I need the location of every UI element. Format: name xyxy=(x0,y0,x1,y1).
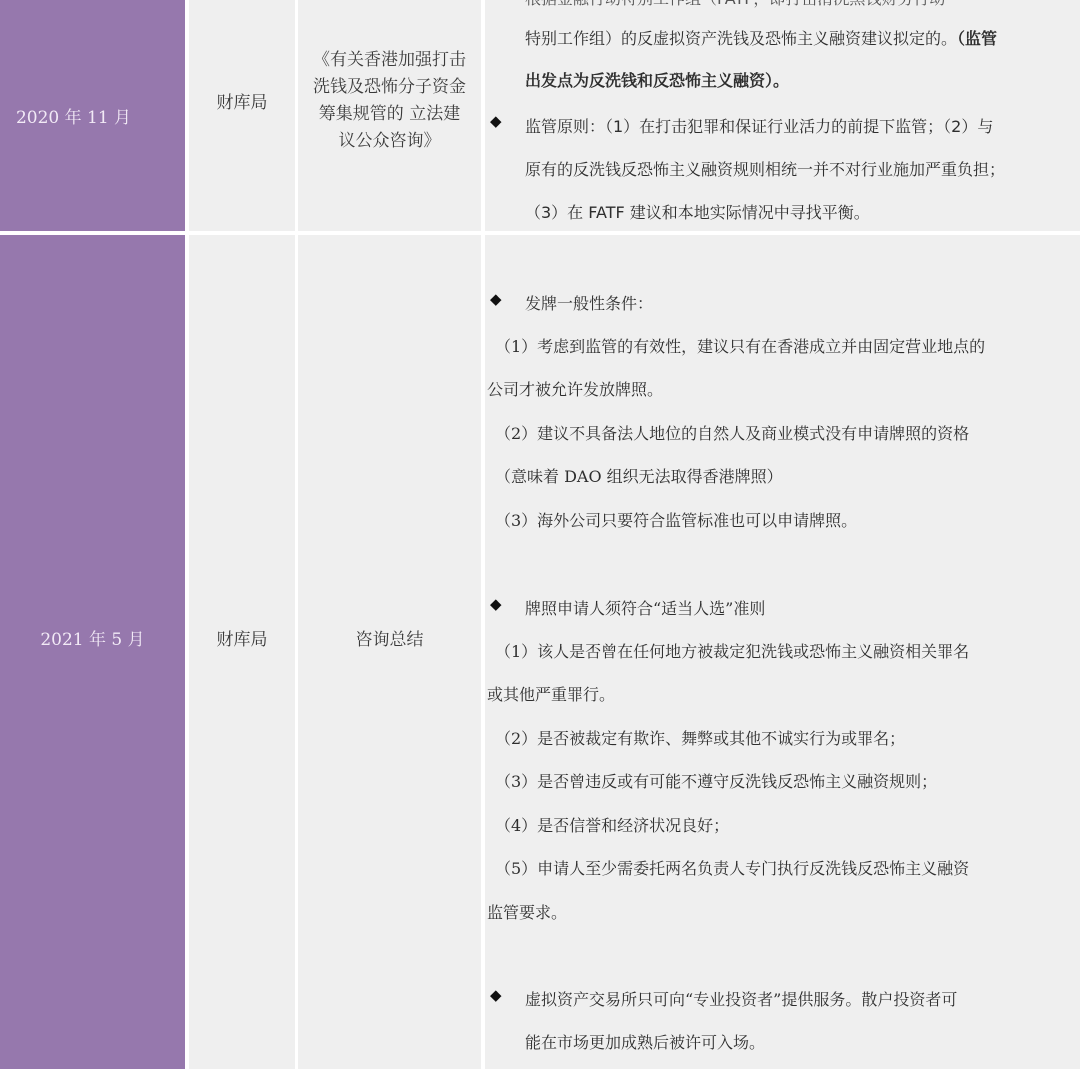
diamond-bullet-icon: ◆ xyxy=(490,112,502,130)
section2-heading: 牌照申请人须符合“适当人选”准则 xyxy=(525,596,765,619)
s2-item1-line2: 或其他严重罪行。 xyxy=(487,682,615,705)
row2-document-title: 咨询总结 xyxy=(356,625,424,650)
row1-agency-cell: 财库局 xyxy=(189,0,295,231)
section1-heading: 发牌一般性条件： xyxy=(525,291,653,314)
row1-cut-line: 根据金融行动特别工作组（FATF，即打击清洗黑钱财务行动 xyxy=(525,0,945,9)
s2-item5-line1: （5）申请人至少需委托两名负责人专门执行反洗钱反恐怖主义融资 xyxy=(495,856,969,879)
s2-item1-line1: （1）该人是否曾在任何地方被裁定犯洗钱或恐怖主义融资相关罪名 xyxy=(495,639,969,662)
diamond-bullet-icon: ◆ xyxy=(490,986,502,1004)
row1-line-2: 出发点为反洗钱和反恐怖主义融资）。 xyxy=(525,68,789,91)
row1-bullet1-line-3: （3）在 FATF 建议和本地实际情况中寻找平衡。 xyxy=(525,200,870,223)
s2-item2: （2）是否被裁定有欺诈、舞弊或其他不诚实行为或罪名； xyxy=(495,726,905,749)
diamond-bullet-icon: ◆ xyxy=(490,595,502,613)
s2-item4: （4）是否信誉和经济状况良好； xyxy=(495,813,729,836)
row1-bullet1-line-1: 监管原则：（1）在打击犯罪和保证行业活力的前提下监管；（2）与 xyxy=(525,114,993,137)
s2-item3: （3）是否曾违反或有可能不遵守反洗钱反恐怖主义融资规则； xyxy=(495,769,937,792)
s2-item5-line2: 监管要求。 xyxy=(487,900,567,923)
row2-date-cell: 2021 年 5 月 xyxy=(0,235,185,1069)
row2-document-cell: 咨询总结 xyxy=(298,235,481,1069)
diamond-bullet-icon: ◆ xyxy=(490,290,502,308)
s1-item1-line1: （1）考虑到监管的有效性，建议只有在香港成立并由固定营业地点的 xyxy=(495,334,985,357)
s1-item2-line1: （2）建议不具备法人地位的自然人及商业模式没有申请牌照的资格 xyxy=(495,421,969,444)
regulation-timeline-table: 2020 年 11 月 财库局 《有关香港加强打击 洗钱及恐怖分子资金 筹集规管… xyxy=(0,0,1080,1069)
row1-agency: 财库局 xyxy=(217,88,268,113)
section3-line1: 虚拟资产交易所只可向“专业投资者”提供服务。散户投资者可 xyxy=(525,987,957,1010)
row1-document-cell: 《有关香港加强打击 洗钱及恐怖分子资金 筹集规管的 立法建 议公众咨询》 xyxy=(298,0,481,231)
s1-item2-line2: （意味着 DAO 组织无法取得香港牌照） xyxy=(495,464,783,487)
s1-item3: （3）海外公司只要符合监管标准也可以申请牌照。 xyxy=(495,508,857,531)
row1-document-title: 《有关香港加强打击 洗钱及恐怖分子资金 筹集规管的 立法建 议公众咨询》 xyxy=(307,47,472,155)
row1-content-cell: 根据金融行动特别工作组（FATF，即打击清洗黑钱财务行动 特别工作组）的反虚拟资… xyxy=(485,0,1080,231)
row2-agency-cell: 财库局 xyxy=(189,235,295,1069)
row2-date: 2021 年 5 月 xyxy=(40,625,144,650)
row1-bullet1-line-2: 原有的反洗钱反恐怖主义融资规则相统一并不对行业施加严重负担； xyxy=(525,157,1005,180)
row2-agency: 财库局 xyxy=(217,625,268,650)
row2-content-cell: ◆ 发牌一般性条件： （1）考虑到监管的有效性，建议只有在香港成立并由固定营业地… xyxy=(485,235,1080,1069)
row1-date: 2020 年 11 月 xyxy=(16,103,131,128)
s1-item1-line2: 公司才被允许发放牌照。 xyxy=(487,377,663,400)
section3-line2: 能在市场更加成熟后被许可入场。 xyxy=(525,1030,765,1053)
row1-line-1: 特别工作组）的反虚拟资产洗钱及恐怖主义融资建议拟定的。（监管 xyxy=(525,26,997,49)
row1-date-cell: 2020 年 11 月 xyxy=(0,0,185,231)
